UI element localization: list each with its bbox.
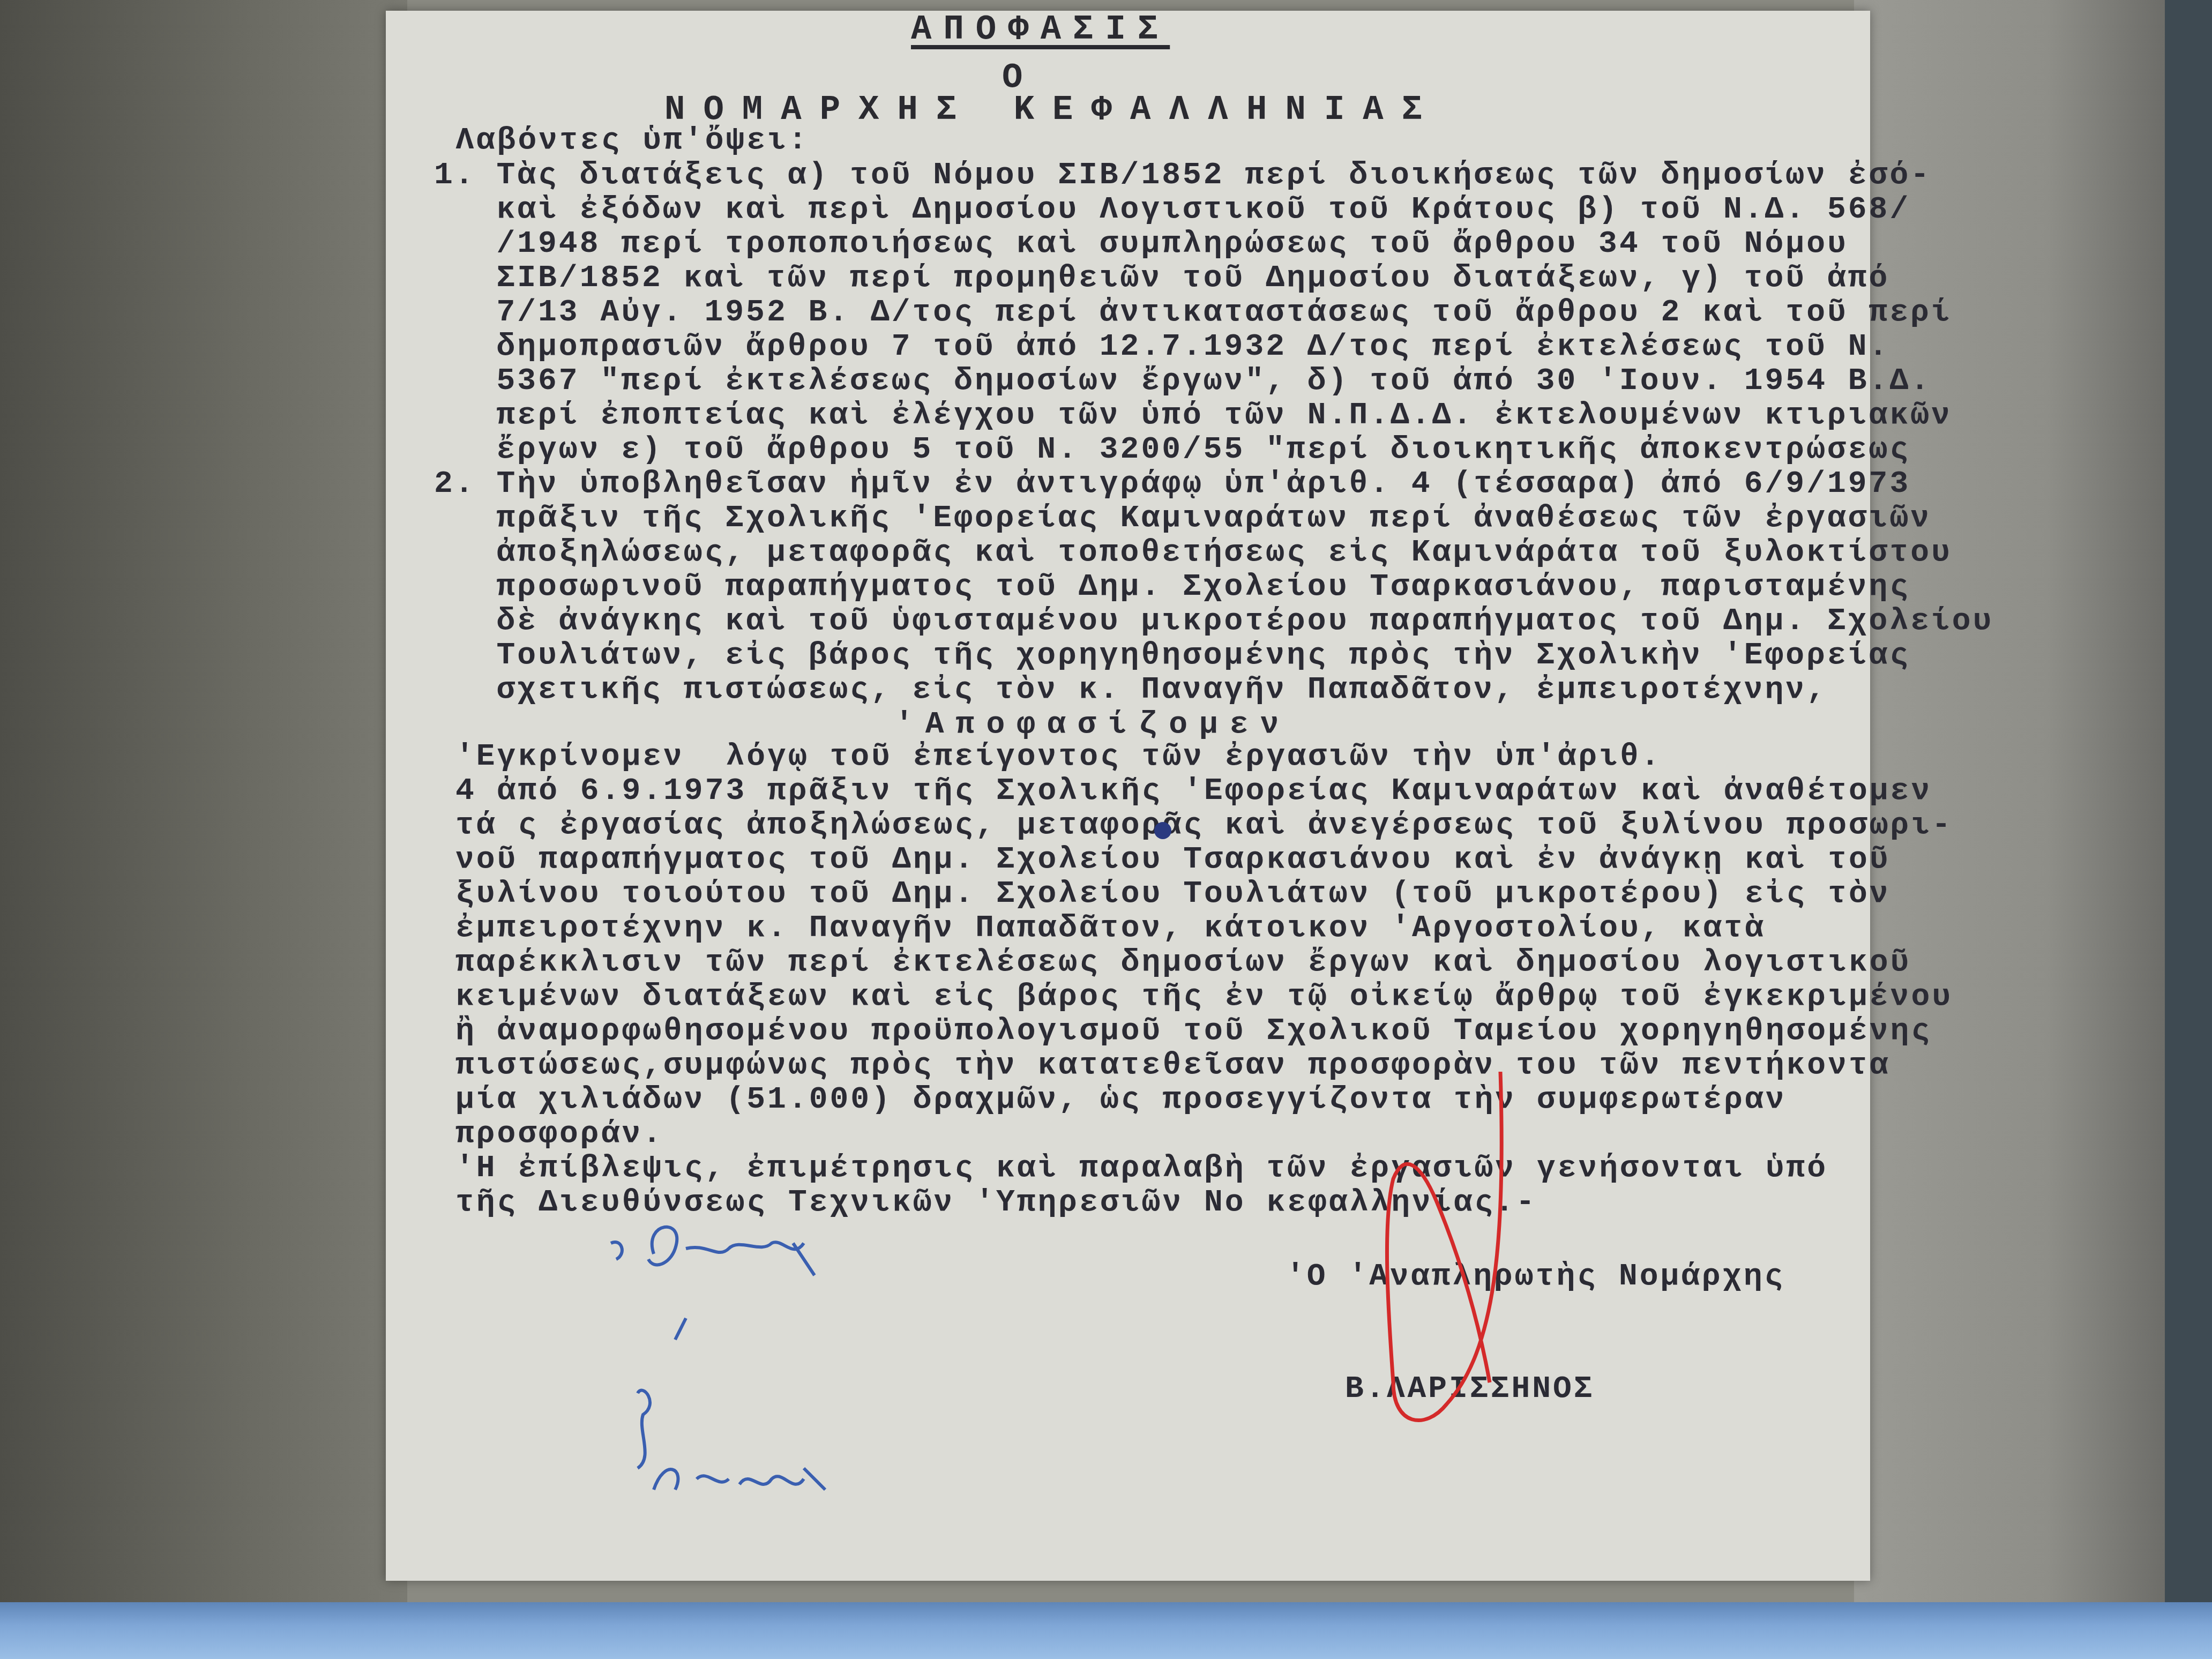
left-bezel: [0, 0, 407, 1608]
ink-blot: [1154, 822, 1171, 839]
blue-handwriting-1: [611, 1227, 814, 1275]
far-right-edge: [2165, 0, 2212, 1608]
red-signature: [1387, 1072, 1501, 1421]
document-body: ΑΠΟΦΑΣΙΣ Ο ΝΟΜΑΡΧΗΣ ΚΕΦΑΛΛΗΝΙΑΣ Λαβόντες…: [386, 11, 1870, 1581]
bottom-bar: [0, 1602, 2212, 1659]
document-page: ΑΠΟΦΑΣΙΣ Ο ΝΟΜΑΡΧΗΣ ΚΕΦΑΛΛΗΝΙΑΣ Λαβόντες…: [386, 11, 1870, 1581]
pen-markings: [386, 11, 1870, 1581]
blue-handwriting-2: [638, 1318, 825, 1490]
